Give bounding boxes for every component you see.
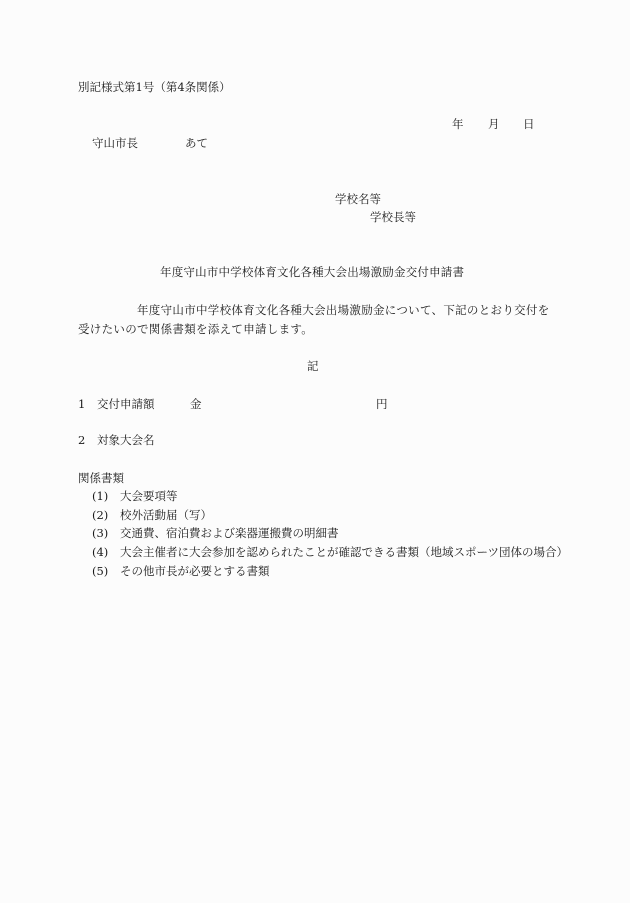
item-number: 1: [78, 399, 85, 411]
principal-label: 学校長等: [370, 212, 416, 224]
date-month-label: 月: [488, 119, 500, 131]
ki-heading: 記: [307, 361, 319, 373]
list-item-text: 交通費、宿泊費および楽器運搬費の明細書: [120, 528, 339, 540]
form-number: 別記様式第1号（第4条関係）: [78, 82, 231, 94]
item-number: 2: [78, 435, 85, 447]
list-item-number: (1): [92, 491, 108, 503]
body-line-2: 受けたいので関係書類を添えて申請します。: [78, 324, 313, 336]
list-item-text: 校外活動届（写）: [120, 510, 212, 522]
body-line-1: 年度守山市中学校体育文化各種大会出場激励金について、下記のとおり交付を: [137, 305, 550, 317]
date-year-label: 年: [452, 119, 464, 131]
amount-suffix: 円: [376, 399, 388, 411]
amount-prefix: 金: [190, 399, 202, 411]
item-label: 交付申請額: [97, 399, 155, 411]
list-item-text: その他市長が必要とする書類: [120, 566, 270, 578]
list-item-text: 大会主催者に大会参加を認められたことが確認できる書類（地域スポーツ団体の場合）: [120, 547, 568, 559]
related-documents-heading: 関係書類: [78, 473, 124, 485]
item-label: 対象大会名: [97, 435, 155, 447]
list-item-text: 大会要項等: [120, 491, 178, 503]
addressee-name: 守山市長: [92, 138, 138, 150]
school-name-label: 学校名等: [335, 194, 381, 206]
date-day-label: 日: [523, 119, 535, 131]
addressee-suffix: あて: [185, 138, 208, 150]
list-item-number: (4): [92, 547, 108, 559]
document-title: 年度守山市中学校体育文化各種大会出場激励金交付申請書: [160, 267, 464, 279]
list-item-number: (3): [92, 528, 108, 540]
list-item-number: (5): [92, 566, 108, 578]
list-item-number: (2): [92, 510, 108, 522]
